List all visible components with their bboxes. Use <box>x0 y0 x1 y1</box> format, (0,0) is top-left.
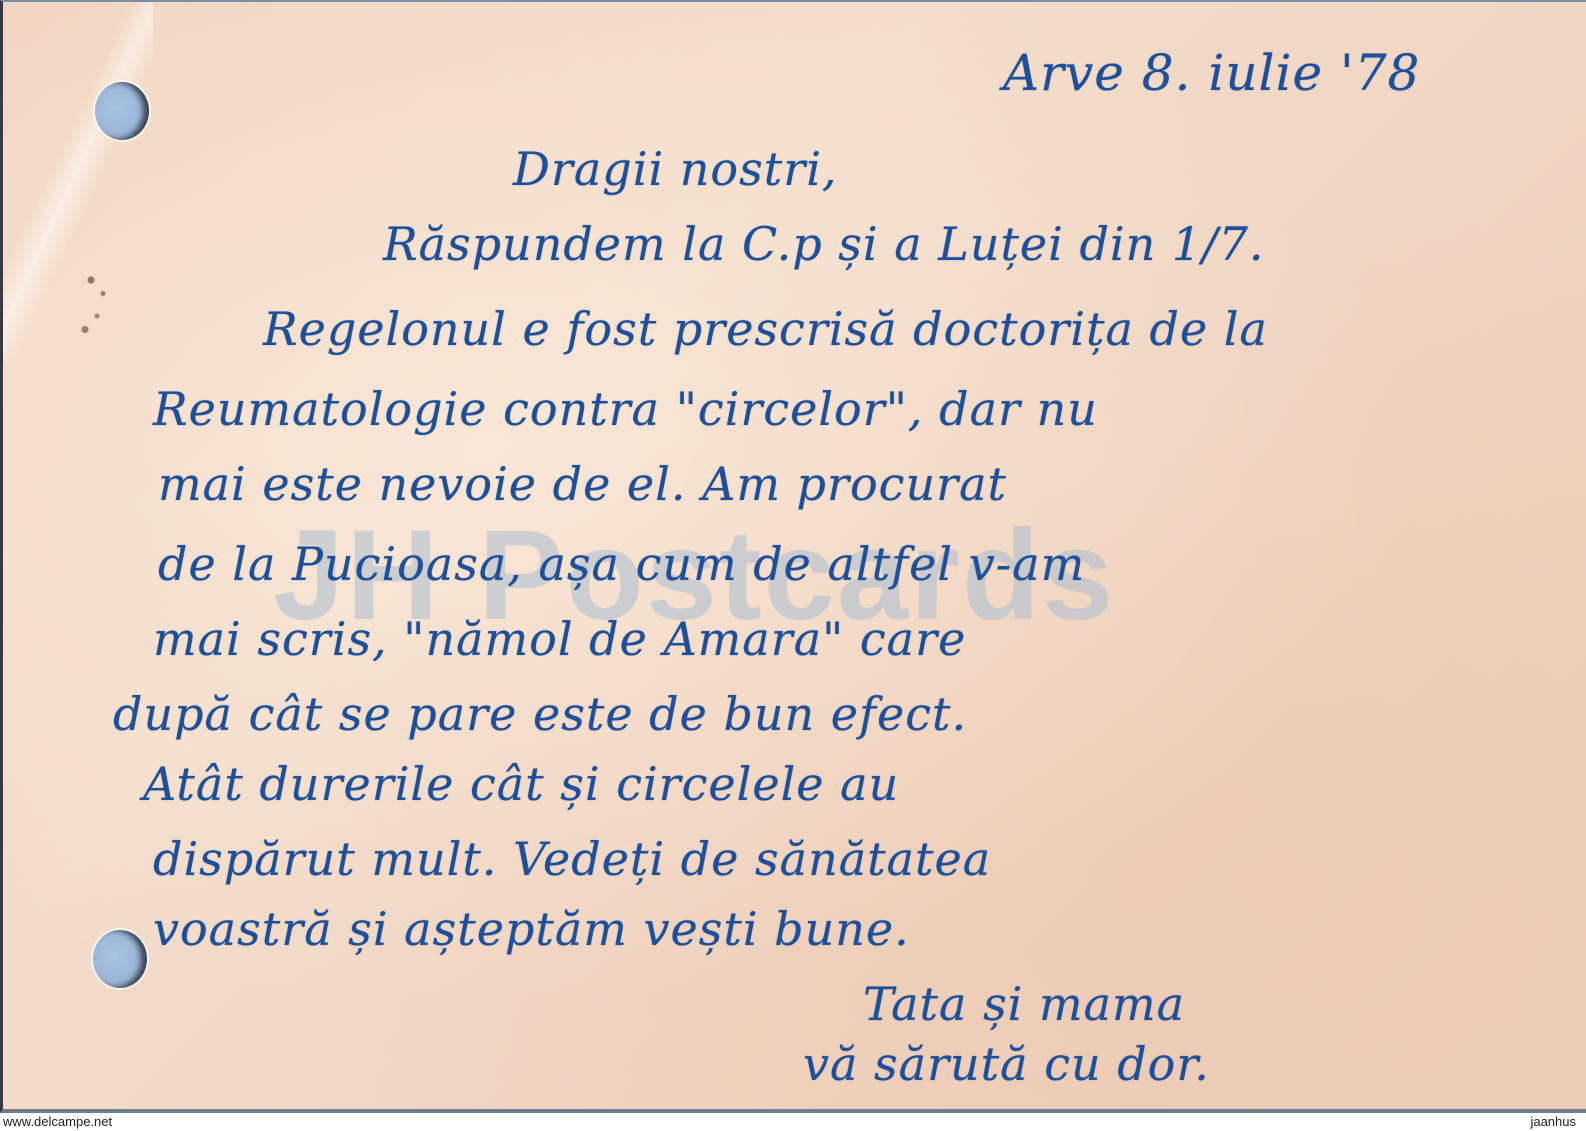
letter-line-10: voastră și așteptăm vești bune. <box>153 902 910 956</box>
image-footer: www.delcampe.net jaanhus <box>0 1113 1586 1131</box>
letter-salutation: Dragii nostri, <box>513 142 838 196</box>
letter-line-4: mai este nevoie de el. Am procurat <box>158 457 1007 511</box>
seller-label: jaanhus <box>1530 1114 1576 1129</box>
punch-hole-bottom <box>93 930 147 988</box>
letter-line-1: Răspundem la C.p și a Luței din 1/7. <box>383 217 1265 271</box>
letter-line-6: mai scris, "nămol de Amara" care <box>153 612 966 666</box>
postcard: JH Postcards Arve 8. iulie '78 Dragii no… <box>0 0 1586 1113</box>
letter-line-2: Regelonul e fost prescrisă doctorița de … <box>263 302 1268 356</box>
letter-line-7: după cât se pare este de bun efect. <box>113 687 967 741</box>
ink-stain <box>73 262 133 352</box>
source-site-label: www.delcampe.net <box>3 1114 112 1129</box>
letter-line-8: Atât durerile cât și circelele au <box>143 757 899 811</box>
letter-line-3: Reumatologie contra "circelor", dar nu <box>153 382 1098 436</box>
letter-line-5: de la Pucioasa, așa cum de altfel v-am <box>158 537 1085 591</box>
letter-line-9: dispărut mult. Vedeți de sănătatea <box>153 832 991 886</box>
letter-signature-1: Tata și mama <box>863 977 1185 1031</box>
letter-signature-2: vă sărută cu dor. <box>803 1037 1210 1091</box>
punch-hole-top <box>95 82 149 140</box>
letter-date: Arve 8. iulie '78 <box>1003 44 1420 102</box>
